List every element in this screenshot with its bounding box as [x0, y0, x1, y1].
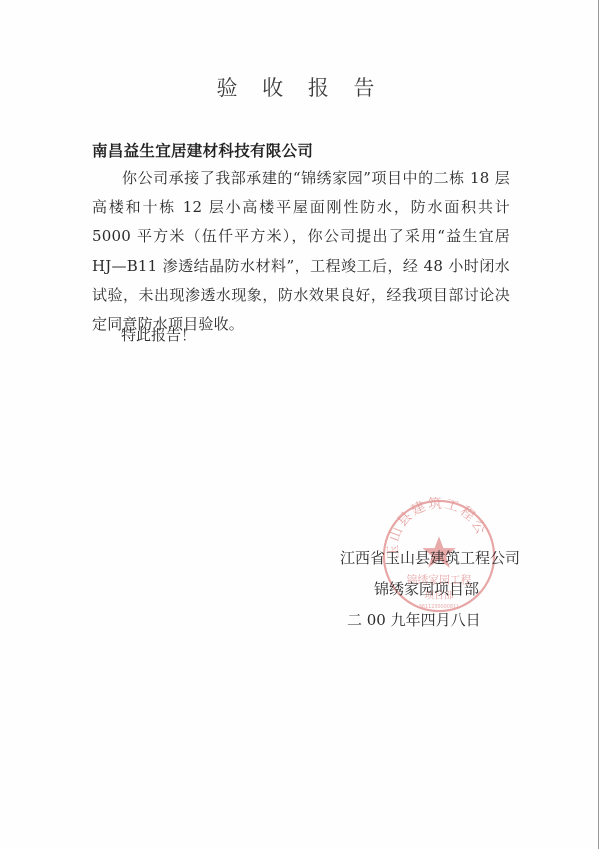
body-paragraph: 你公司承接了我部承建的“锦绣家园”项目中的二栋 18 层高楼和十栋 12 层小高…: [92, 164, 510, 339]
speck: [329, 296, 331, 298]
page-edge-line: [598, 0, 599, 849]
document-title: 验 收 报 告: [0, 72, 600, 102]
signature-department: 锦绣家园项目部: [374, 578, 479, 599]
closing-line: 特此报告！: [121, 324, 196, 345]
document-page: 验 收 报 告 南昌益生宜居建材科技有限公司 你公司承接了我部承建的“锦绣家园”…: [0, 0, 600, 849]
signature-organization: 江西省玉山县建筑工程公司: [340, 547, 520, 568]
signature-date: 二 00 九年四月八日: [347, 609, 481, 630]
addressee: 南昌益生宜居建材科技有限公司: [92, 139, 313, 161]
